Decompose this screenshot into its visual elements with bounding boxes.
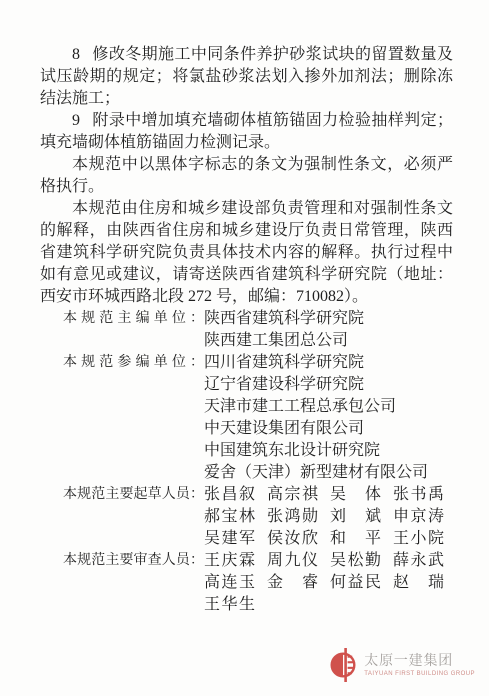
person-name: 吴松勤 (330, 550, 381, 572)
credit-content: 王庆霖 周九仪 吴松勤 薛永武 高连玉 金 睿 何益民 赵 瑞 王华生 (204, 550, 453, 616)
person-name: 金 睿 (267, 572, 318, 594)
person-name: 高连玉 (204, 572, 255, 594)
paragraph-text: 本规范由住房和城乡建设部负责管理和对强制性条文的解释，由陕西省住房和城乡建设厅负… (40, 200, 453, 305)
names-row: 郝宝林 张鸿勋 刘 斌 申京涛 (204, 506, 453, 528)
person-name: 赵 瑞 (393, 572, 444, 594)
credit-row-reviewers: 本规范主要审查人员： 王庆霖 周九仪 吴松勤 薛永武 高连玉 金 睿 何益民 赵… (63, 550, 453, 616)
person-name: 高宗祺 (267, 484, 318, 506)
person-name: 郝宝林 (204, 506, 255, 528)
taiyuan-first-building-group-watermark: 太原一建集团 TAIYUAN FIRST BUILDING GROUP (329, 647, 475, 683)
names-row: 张昌叙 高宗祺 吴 体 张书禹 (204, 484, 453, 506)
person-name: 王小院 (393, 528, 444, 550)
credit-content: 陕西省建筑科学研究院 陕西建工集团总公司 (204, 308, 453, 352)
person-name: 何益民 (330, 572, 381, 594)
preface-text-block: 8修改冬期施工中同条件养护砂浆试块的留置数量及试压龄期的规定；将氯盐砂浆法划入掺… (40, 44, 453, 616)
preface-paragraph-item-8: 8修改冬期施工中同条件养护砂浆试块的留置数量及试压龄期的规定；将氯盐砂浆法划入掺… (40, 44, 453, 110)
person-name: 吴 体 (330, 484, 381, 506)
preface-paragraph-mandatory: 本规范中以黑体字标志的条文为强制性条文，必须严格执行。 (40, 154, 453, 198)
logo-en-text: TAIYUAN FIRST BUILDING GROUP (364, 670, 475, 678)
person-name: 吴建军 (204, 528, 255, 550)
person-name: 张鸿勋 (267, 506, 318, 528)
credit-content: 张昌叙 高宗祺 吴 体 张书禹 郝宝林 张鸿勋 刘 斌 申京涛 吴建军 侯汝欣 (204, 484, 453, 550)
paragraph-text: 附录中增加填充墙砌体植筋锚固力检验抽样判定；填充墙砌体植筋锚固力检测记录。 (40, 112, 453, 151)
logo-cn-text: 太原一建集团 (364, 653, 475, 670)
person-name: 张昌叙 (204, 484, 255, 506)
document-page: 8修改冬期施工中同条件养护砂浆试块的留置数量及试压龄期的规定；将氯盐砂浆法划入掺… (0, 0, 489, 696)
credit-content: 四川省建筑科学研究院 辽宁省建设科学研究院 天津市建工工程总承包公司 中天建设集… (204, 352, 453, 484)
organization-name: 天津市建工工程总承包公司 (204, 396, 453, 418)
credit-row-drafters: 本规范主要起草人员： 张昌叙 高宗祺 吴 体 张书禹 郝宝林 张鸿勋 刘 斌 申… (63, 484, 453, 550)
organization-name: 四川省建筑科学研究院 (204, 352, 453, 374)
paragraph-text: 修改冬期施工中同条件养护砂浆试块的留置数量及试压龄期的规定；将氯盐砂浆法划入掺外… (40, 46, 453, 107)
person-name: 周九仪 (267, 550, 318, 572)
credits-block: 本规范主编单位： 陕西省建筑科学研究院 陕西建工集团总公司 本规范参编单位： 四… (40, 308, 453, 616)
organization-name: 辽宁省建设科学研究院 (204, 374, 453, 396)
credit-label: 本规范主要起草人员： (63, 484, 204, 506)
credit-label: 本规范主要审查人员： (63, 550, 204, 572)
credit-label: 本规范主编单位： (63, 308, 204, 330)
person-name: 侯汝欣 (267, 528, 318, 550)
organization-name: 爱舍（天津）新型建材有限公司 (204, 462, 453, 484)
credit-row-co-editors: 本规范参编单位： 四川省建筑科学研究院 辽宁省建设科学研究院 天津市建工工程总承… (63, 352, 453, 484)
person-name: 张书禹 (393, 484, 444, 506)
person-name: 薛永武 (393, 550, 444, 572)
person-name: 申京涛 (393, 506, 444, 528)
names-row: 高连玉 金 睿 何益民 赵 瑞 (204, 572, 453, 594)
organization-name: 陕西省建筑科学研究院 (204, 308, 453, 330)
person-name: 王华生 (204, 594, 255, 616)
credit-row-chief-editor: 本规范主编单位： 陕西省建筑科学研究院 陕西建工集团总公司 (63, 308, 453, 352)
logo-text-block: 太原一建集团 TAIYUAN FIRST BUILDING GROUP (364, 653, 475, 678)
list-number: 9 (72, 112, 80, 129)
person-name: 刘 斌 (330, 506, 381, 528)
preface-paragraph-item-9: 9附录中增加填充墙砌体植筋锚固力检验抽样判定；填充墙砌体植筋锚固力检测记录。 (40, 110, 453, 154)
person-name: 王庆霖 (204, 550, 255, 572)
preface-paragraph-administration: 本规范由住房和城乡建设部负责管理和对强制性条文的解释，由陕西省住房和城乡建设厅负… (40, 198, 453, 308)
names-row: 王庆霖 周九仪 吴松勤 薛永武 (204, 550, 453, 572)
names-row: 王华生 (204, 594, 453, 616)
organization-name: 中天建设集团有限公司 (204, 418, 453, 440)
names-row: 吴建军 侯汝欣 和 平 王小院 (204, 528, 453, 550)
taiyuan-logo-icon (329, 647, 359, 683)
person-name: 和 平 (330, 528, 381, 550)
paragraph-text: 本规范中以黑体字标志的条文为强制性条文，必须严格执行。 (40, 156, 453, 195)
credit-label: 本规范参编单位： (63, 352, 204, 374)
organization-name: 中国建筑东北设计研究院 (204, 440, 453, 462)
list-number: 8 (72, 46, 80, 63)
organization-name: 陕西建工集团总公司 (204, 330, 453, 352)
